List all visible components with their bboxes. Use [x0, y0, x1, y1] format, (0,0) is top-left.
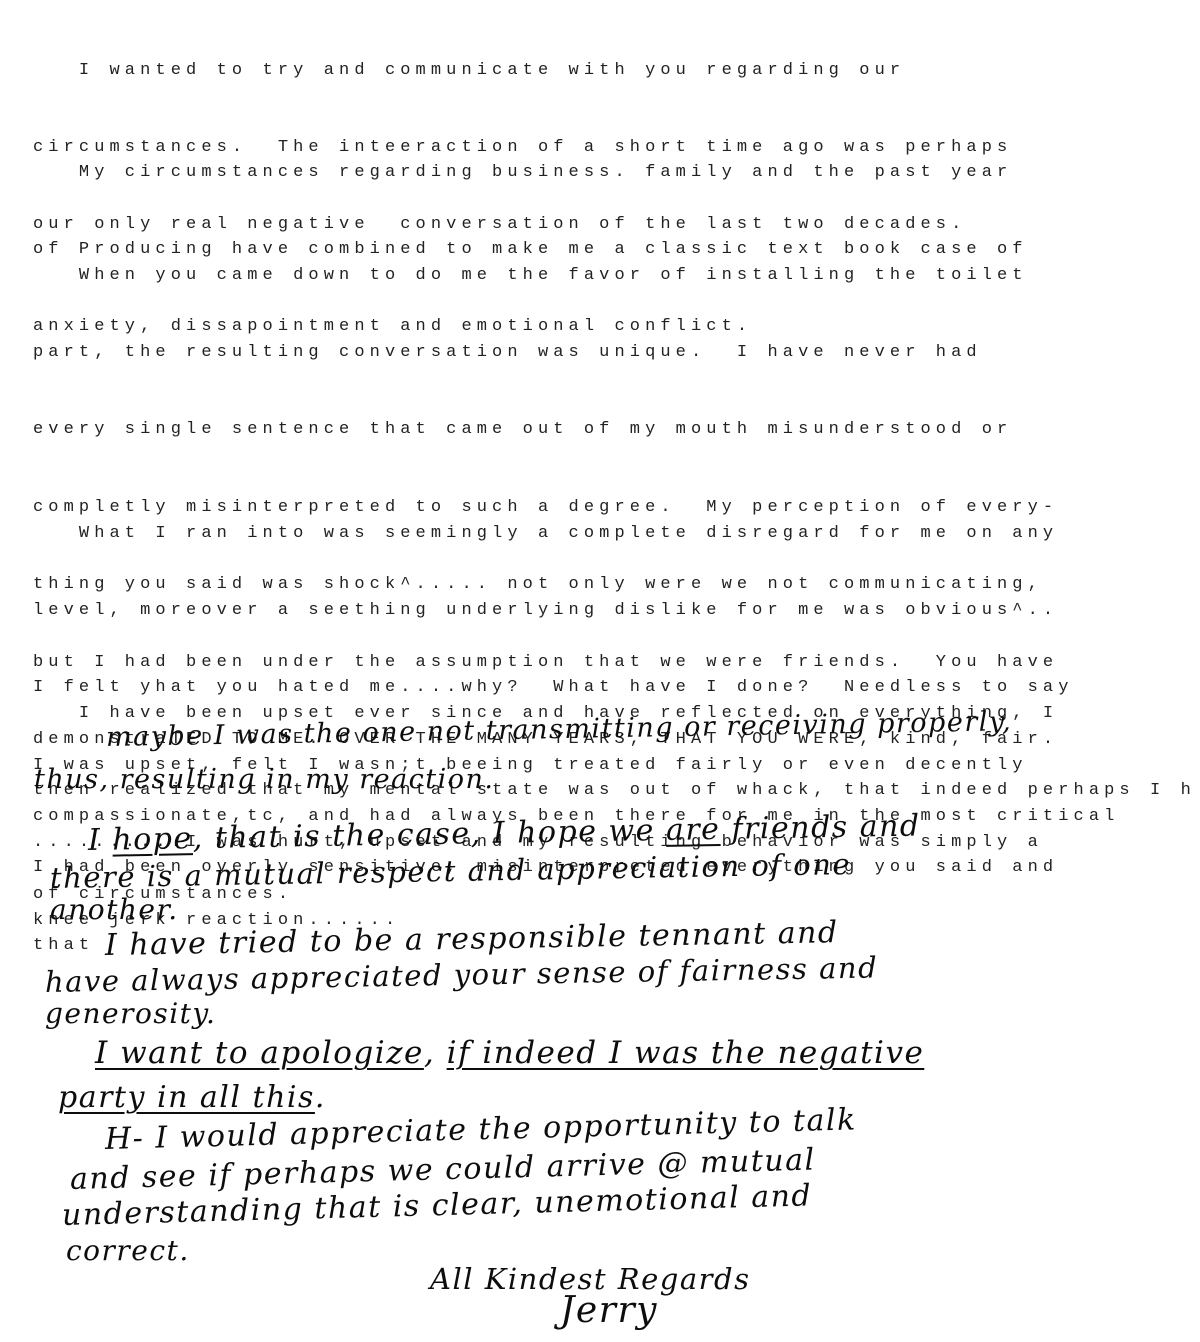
hand-text: ,	[424, 1035, 447, 1071]
handwritten-continuation-line-2: thus, resulting in my reaction.	[34, 764, 495, 795]
typed-line: What I ran into was seemingly a complete…	[33, 521, 1074, 547]
typed-line: every single sentence that came out of m…	[33, 417, 1119, 443]
handwritten-party-line: party in all this.	[58, 1080, 326, 1115]
handwritten-apology-line: I want to apologize, if indeed I was the…	[95, 1035, 924, 1071]
underlined-are: are	[666, 812, 721, 848]
typed-line: I wanted to try and communicate with you…	[33, 58, 1012, 84]
hand-text: I	[88, 823, 113, 858]
signature: Jerry	[560, 1290, 658, 1331]
handwritten-generosity-line: generosity.	[45, 997, 216, 1030]
letter-page: I wanted to try and communicate with you…	[0, 0, 1200, 1342]
underlined-party: party in all this	[58, 1080, 315, 1115]
underlined-apologize: I want to apologize	[95, 1035, 424, 1071]
typed-line: My circumstances regarding business. fam…	[33, 160, 1028, 186]
underlined-negative: if indeed I was the negative	[447, 1035, 925, 1071]
hand-text: .	[315, 1080, 326, 1115]
handwritten-another-line: another.	[50, 893, 179, 926]
typed-line: When you came down to do me the favor of…	[33, 263, 1119, 289]
typed-line: level, moreover a seething underlying di…	[33, 598, 1074, 624]
hand-text: friends and	[720, 808, 921, 846]
underlined-hope: hope	[112, 821, 193, 857]
handwritten-correct-line: correct.	[66, 1234, 190, 1267]
typed-line: part, the resulting conversation was uni…	[33, 340, 1119, 366]
